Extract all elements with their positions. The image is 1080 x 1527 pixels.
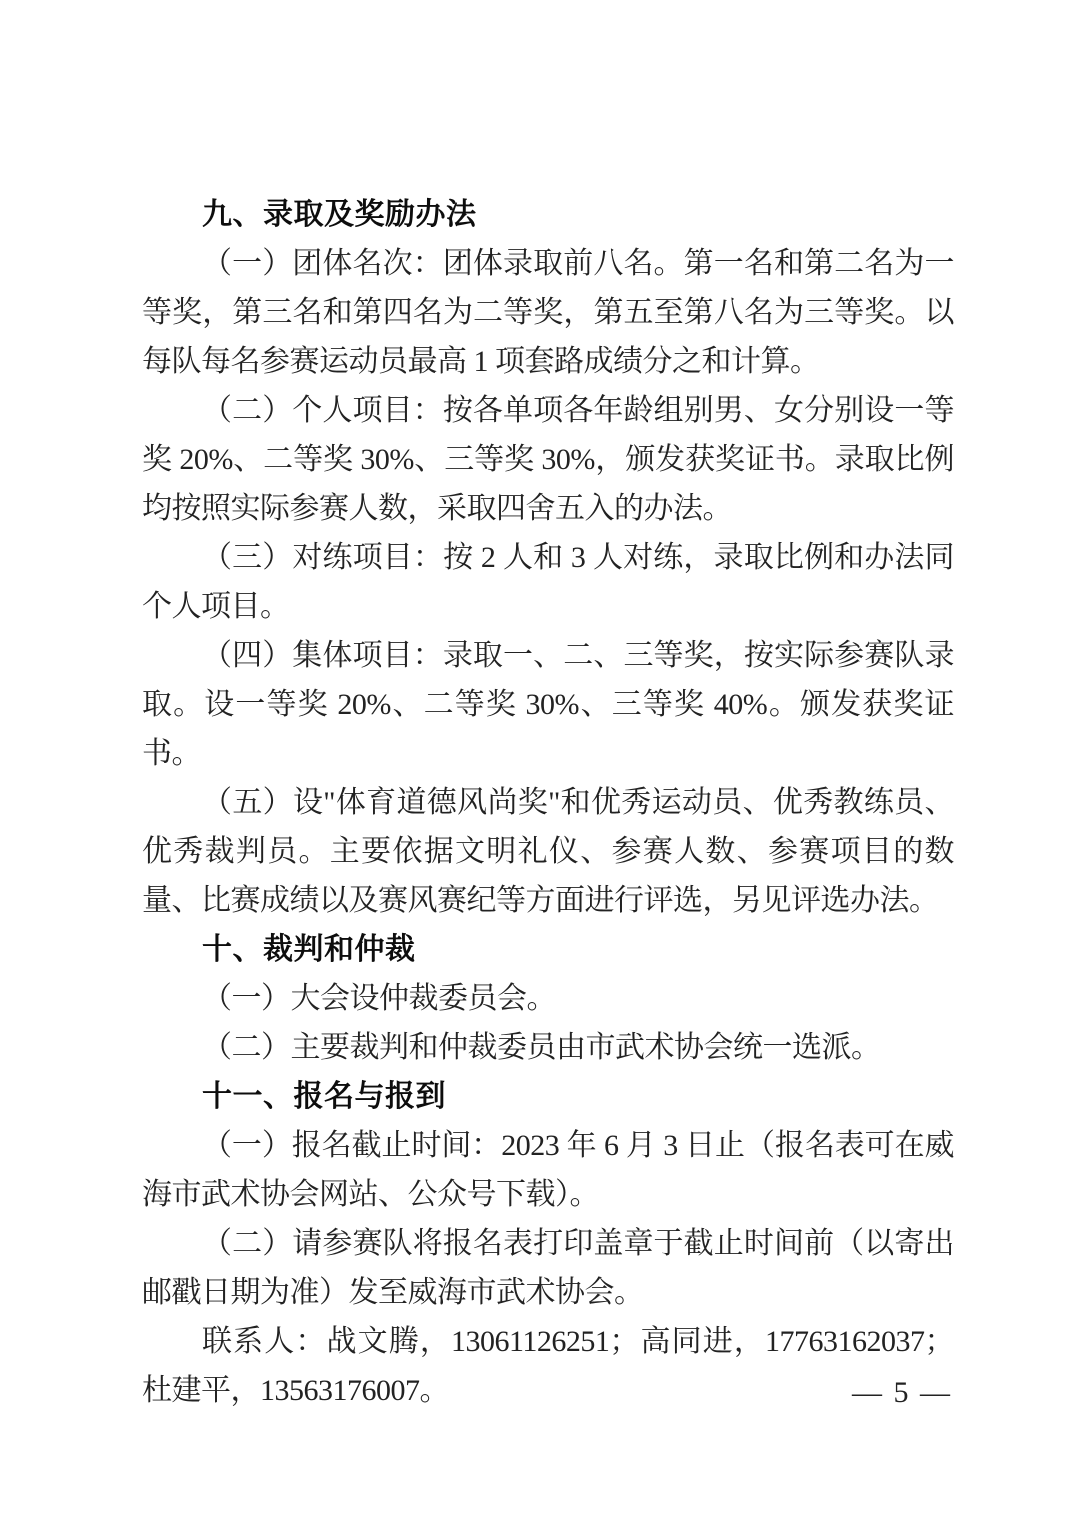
para-referee-selection: （二）主要裁判和仲裁委员由市武术协会统一选派。 (142, 1023, 954, 1072)
para-sportsmanship-award: （五）设"体育道德风尚奖"和优秀运动员、优秀教练员、优秀裁判员。主要依据文明礼仪… (142, 778, 954, 925)
para-form-submission: （二）请参赛队将报名表打印盖章于截止时间前（以寄出邮戳日期为准）发至威海市武术协… (142, 1219, 954, 1317)
document-body: 九、录取及奖励办法 （一）团体名次：团体录取前八名。第一名和第二名为一等奖，第三… (142, 190, 954, 1415)
heading-referee-and-arbitration: 十、裁判和仲裁 (142, 925, 954, 974)
heading-registration-and-check-in: 十一、报名与报到 (142, 1072, 954, 1121)
para-individual-events: （二）个人项目：按各单项各年龄组别男、女分别设一等奖 20%、二等奖 30%、三… (142, 386, 954, 533)
para-contact-persons: 联系人：战文腾，13061126251；高同进，17763162037；杜建平，… (142, 1317, 954, 1415)
para-registration-deadline: （一）报名截止时间：2023 年 6 月 3 日止（报名表可在威海市武术协会网站… (142, 1121, 954, 1219)
para-arbitration-committee: （一）大会设仲裁委员会。 (142, 974, 954, 1023)
para-team-ranking: （一）团体名次：团体录取前八名。第一名和第二名为一等奖，第三名和第四名为二等奖，… (142, 239, 954, 386)
page-number: — 5 — (852, 1368, 952, 1417)
document-page: 九、录取及奖励办法 （一）团体名次：团体录取前八名。第一名和第二名为一等奖，第三… (0, 0, 1080, 1527)
para-group-events: （四）集体项目：录取一、二、三等奖，按实际参赛队录取。设一等奖 20%、二等奖 … (142, 631, 954, 778)
para-duel-events: （三）对练项目：按 2 人和 3 人对练，录取比例和办法同个人项目。 (142, 533, 954, 631)
heading-awards-and-rewards: 九、录取及奖励办法 (142, 190, 954, 239)
